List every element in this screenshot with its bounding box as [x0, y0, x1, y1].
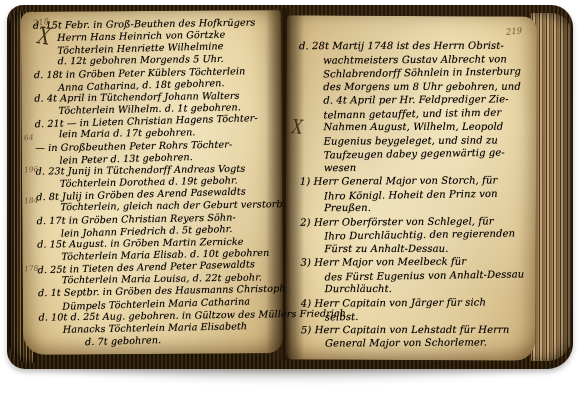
manuscript-line: Durchläucht.: [325, 283, 527, 297]
manuscript-line: d. 28t Martij 1748 ist des Herrn Obrist-: [299, 40, 525, 54]
right-page-stack-edge: [531, 13, 571, 361]
margin-number-mark: 64: [24, 133, 34, 143]
manuscript-line: 5) Herr Capitain von Lehstadt für Herrn: [301, 323, 527, 337]
manuscript-line: wesen: [324, 161, 526, 175]
left-page-handwriting: d. 15t Febr. in Groß-Beuthen des Hofkrüg…: [33, 17, 277, 350]
manuscript-line: selbst.: [325, 308, 527, 325]
manuscript-line: Ihro Durchläuchtig. den regierenden: [324, 227, 526, 244]
margin-number-mark: 196: [24, 165, 39, 175]
right-page-handwriting: d. 28t Martij 1748 ist des Herrn Obrist-…: [299, 39, 527, 351]
manuscript-line: Schlabrendorff Söhnlein in Insterburg: [323, 65, 525, 82]
manuscript-line: Taufzeugen dabey gegenwärtig ge-: [324, 146, 526, 163]
manuscript-line: Fürst zu Anhalt-Dessau.: [324, 242, 526, 256]
manuscript-line: Nahmen August, Wilhelm, Leopold: [324, 121, 526, 135]
manuscript-line: des Morgens um 8 Uhr gebohren, und: [323, 80, 525, 94]
right-page-number: 219: [506, 26, 523, 38]
margin-number-mark: 184: [24, 196, 39, 206]
manuscript-line: General Major von Schorlemer.: [325, 336, 527, 351]
manuscript-line: Preußen.: [324, 202, 526, 216]
manuscript-photo: 218 219 X X d. 15t Febr. in Groß-Beuthen…: [0, 0, 580, 397]
margin-number-mark: 178: [24, 264, 39, 274]
